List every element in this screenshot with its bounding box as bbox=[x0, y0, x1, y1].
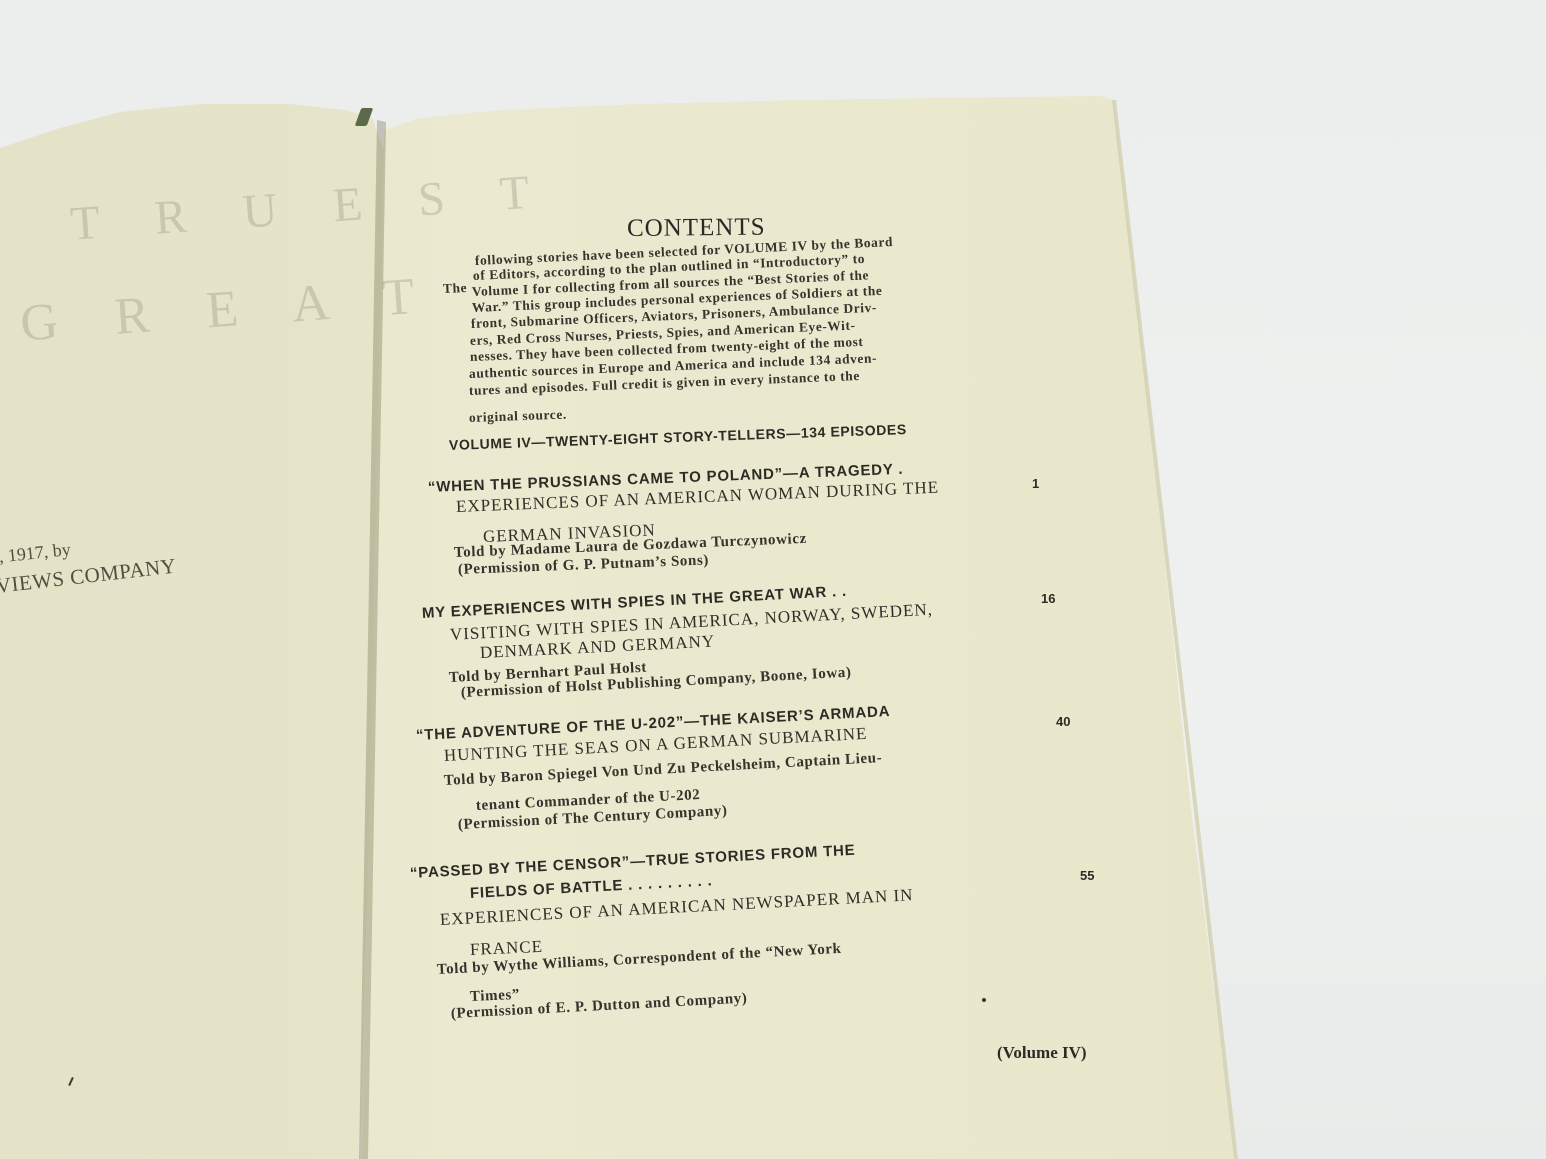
page-number: 40 bbox=[1056, 714, 1070, 729]
ink-dot bbox=[982, 998, 986, 1002]
page-number: 55 bbox=[1080, 868, 1094, 883]
intro-word: The bbox=[443, 280, 468, 296]
page-number: 1 bbox=[1032, 476, 1039, 491]
intro-lead: The bbox=[443, 280, 468, 297]
volume-footer: (Volume IV) bbox=[997, 1043, 1087, 1063]
photo-scene: T R U E S T G R E A T t, 1917, by VIEWS … bbox=[0, 0, 1546, 1159]
contents-page: CONTENTS following stories have been sel… bbox=[0, 0, 1546, 1159]
page-title: CONTENTS bbox=[627, 214, 766, 243]
volume-heading: VOLUME IV—TWENTY-EIGHT STORY-TELLERS—134… bbox=[449, 421, 907, 453]
intro-line: original source. bbox=[469, 407, 567, 426]
page-number: 16 bbox=[1041, 591, 1055, 606]
